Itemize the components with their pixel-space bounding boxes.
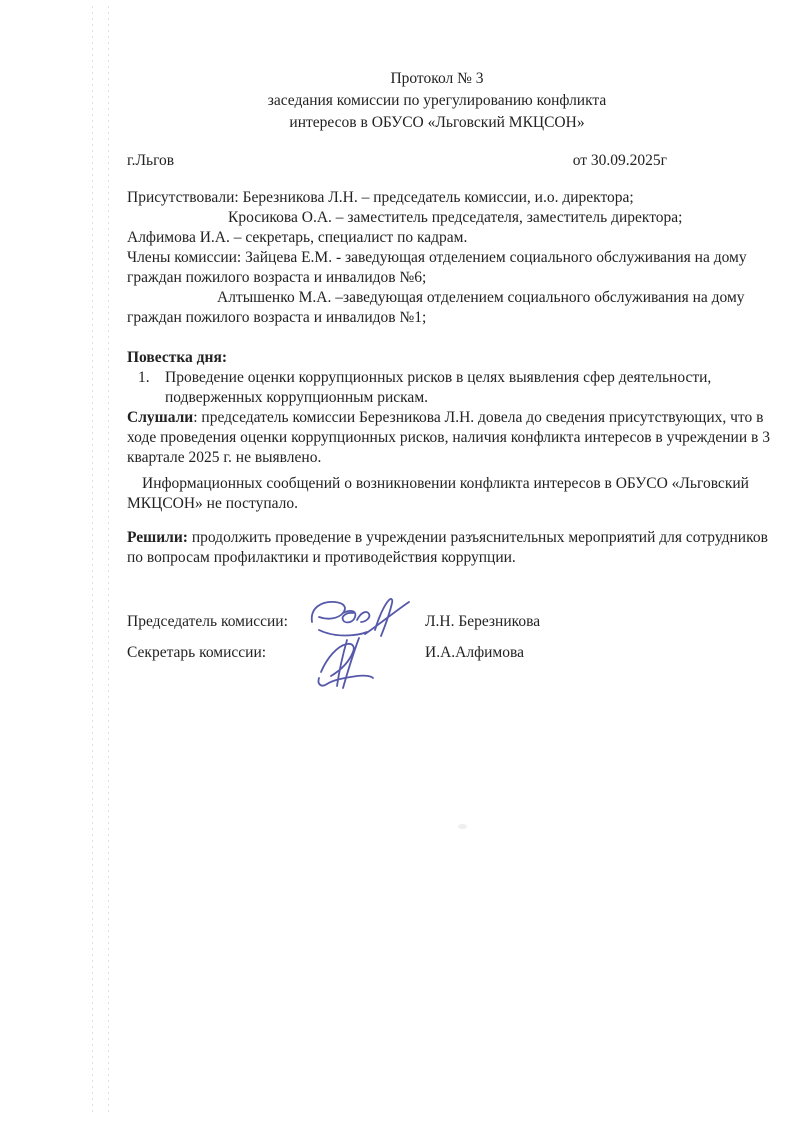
city-date-row: г.Льгов от 30.09.2025г: [127, 151, 667, 171]
attendees-line: Члены комиссии: Зайцева Е.М. - заведующа…: [127, 248, 767, 268]
attendees-line: Присутствовали: Березникова Л.Н. – предс…: [127, 188, 767, 208]
document-page: Протокол № 3 заседания комиссии по урегу…: [0, 0, 793, 1122]
resolved-line: Решили: продолжить проведение в учрежден…: [127, 528, 767, 548]
chairman-name: Л.Н. Березникова: [425, 612, 540, 632]
info-line: МКЦСОН» не поступало.: [127, 494, 767, 514]
resolved-text: продолжить проведение в учреждении разъя…: [188, 529, 768, 546]
agenda-item-line: подверженных коррупционным рискам.: [165, 388, 428, 408]
info-paragraph: Информационных сообщений о возникновении…: [127, 474, 767, 514]
title-line-3: интересов в ОБУСО «Льговский МКЦСОН»: [127, 112, 747, 134]
heard-line: ходе проведения оценки коррупционных рис…: [127, 428, 770, 448]
resolved-line: по вопросам профилактики и противодейств…: [127, 548, 767, 568]
chairman-role-label: Председатель комиссии:: [127, 612, 288, 632]
scan-artifact-line: [108, 6, 109, 1116]
attendees-line: Алтышенко М.А. –заведующая отделением со…: [127, 288, 767, 308]
info-line: Информационных сообщений о возникновении…: [127, 474, 767, 494]
scan-speck: [458, 824, 467, 829]
secretary-signature-image: [313, 634, 388, 689]
agenda-item-line: Проведение оценки коррупционных рисков в…: [165, 368, 711, 388]
date-label: от 30.09.2025г: [573, 151, 667, 171]
secretary-role-label: Секретарь комиссии:: [127, 643, 266, 663]
title-line-1: Протокол № 3: [127, 68, 747, 90]
agenda-item-number: 1.: [138, 368, 150, 388]
attendees-line: граждан пожилого возраста и инвалидов №6…: [127, 268, 767, 288]
attendees-line: Алфимова И.А. – секретарь, специалист по…: [127, 228, 767, 248]
heard-line: Слушали: председатель комиссии Березнико…: [127, 408, 763, 428]
resolved-paragraph: Решили: продолжить проведение в учрежден…: [127, 528, 767, 568]
secretary-name: И.А.Алфимова: [425, 643, 524, 663]
attendees-block: Присутствовали: Березникова Л.Н. – предс…: [127, 188, 767, 328]
attendees-line: граждан пожилого возраста и инвалидов №1…: [127, 308, 767, 328]
agenda-heading: Повестка дня:: [127, 349, 227, 366]
city-label: г.Льгов: [127, 151, 174, 171]
heard-line: квартале 2025 г. не выявлено.: [127, 448, 321, 468]
scan-artifact-line: [92, 6, 93, 1116]
heard-text: : председатель комиссии Березникова Л.Н.…: [193, 409, 763, 426]
title-line-2: заседания комиссии по урегулированию кон…: [127, 90, 747, 112]
document-title: Протокол № 3 заседания комиссии по урегу…: [127, 68, 747, 134]
heard-label: Слушали: [127, 409, 193, 426]
attendees-line: Кросикова О.А. – заместитель председател…: [127, 208, 767, 228]
resolved-label: Решили:: [127, 529, 188, 546]
